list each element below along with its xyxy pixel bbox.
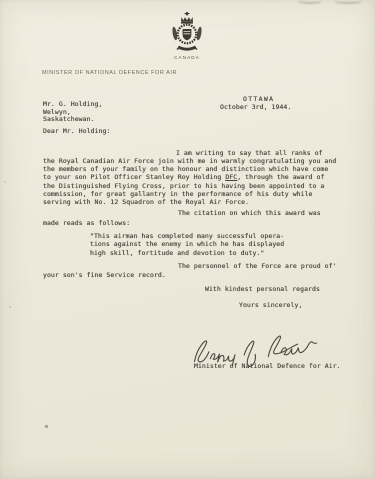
signer-title: Minister of National Defence for Air. xyxy=(194,362,341,370)
para1-line: commission, for great gallantry in the p… xyxy=(43,190,349,198)
recipient-province: Saskatchewan. xyxy=(43,116,102,124)
quote-line: tions against the enemy in which he has … xyxy=(90,240,284,248)
dateline-date: October 3rd, 1944. xyxy=(220,103,291,111)
para1-line: the Distinguished Flying Cross, prior to… xyxy=(43,182,349,190)
dateline-city: OTTAWA xyxy=(243,95,274,103)
para1-line4-pre: to your son Pilot Officer Stanley Roy Ho… xyxy=(43,173,225,181)
letterhead-office-line: MINISTER OF NATIONAL DEFENCE FOR AIR xyxy=(42,70,177,76)
para1-line: serving with No. 12 Squadron of the Roya… xyxy=(43,198,349,206)
para1-line4-post: , through the award of xyxy=(237,173,324,181)
regards-line: With kindest personal regards xyxy=(205,285,320,293)
pencil-mark xyxy=(298,0,322,4)
canada-coat-of-arms-icon xyxy=(170,12,204,54)
body-paragraph-1: I am writing to say that all ranks of th… xyxy=(43,149,349,206)
para1-line: the Royal Canadian Air Force join with m… xyxy=(43,157,349,165)
quote-line: "This airman has completed many successf… xyxy=(90,232,284,240)
recipient-address: Mr. G. Holding, Welwyn, Saskatchewan. xyxy=(43,101,102,124)
paper-speck xyxy=(9,306,11,308)
paper-speck xyxy=(45,425,48,428)
valediction: Yours sincerely, xyxy=(239,301,302,309)
quote-line: high skill, fortitude and devotion to du… xyxy=(90,249,284,257)
para1-line: the members of your family on the honour… xyxy=(43,165,349,173)
pencil-mark xyxy=(334,0,362,4)
crest-caption: CANADA xyxy=(166,55,208,60)
closing-line1: The personnel of the Force are proud of' xyxy=(178,262,337,270)
dfc-abbreviation: DFC xyxy=(225,173,237,181)
closing-line2: your son's fine Service record. xyxy=(43,271,166,279)
para1-line: to your son Pilot Officer Stanley Roy Ho… xyxy=(43,173,349,181)
letter-page: CANADA MINISTER OF NATIONAL DEFENCE FOR … xyxy=(0,0,375,479)
citation-intro-line1: The citation on which this award was xyxy=(178,209,321,217)
citation-intro-line2: made reads as follows: xyxy=(43,219,130,227)
citation-quote: "This airman has completed many successf… xyxy=(90,232,284,257)
para1-line: I am writing to say that all ranks of xyxy=(43,149,349,157)
salutation: Dear Mr. Holding: xyxy=(43,127,110,135)
paper-speck xyxy=(4,181,6,183)
